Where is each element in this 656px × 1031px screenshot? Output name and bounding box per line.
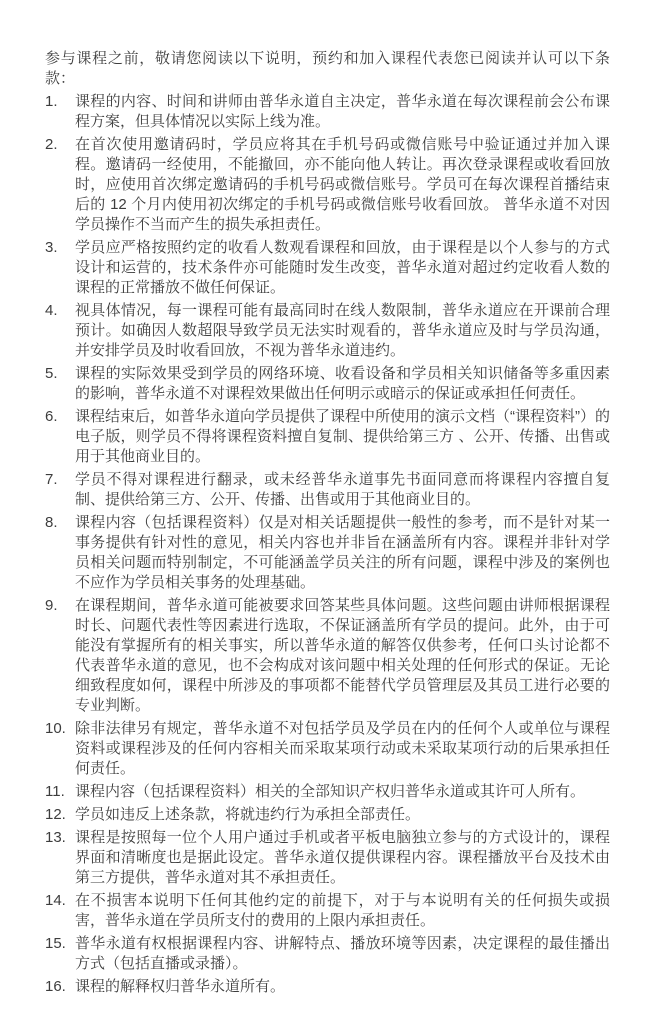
term-number: 10. [45, 719, 75, 739]
term-text: 课程结束后，如普华永道向学员提供了课程中所使用的演示文档（“课程资料”）的电子版… [75, 407, 610, 467]
term-number: 1. [45, 92, 75, 112]
term-text: 课程内容（包括课程资料）仅是对相关话题提供一般性的参考，而不是针对某一事务提供有… [75, 513, 610, 593]
term-item-15: 15. 普华永道有权根据课程内容、讲解特点、播放环境等因素，决定课程的最佳播出方… [45, 934, 610, 974]
term-text: 课程内容（包括课程资料）相关的全部知识产权归普华永道或其许可人所有。 [75, 782, 610, 802]
term-number: 9. [45, 596, 75, 616]
term-item-11: 11. 课程内容（包括课程资料）相关的全部知识产权归普华永道或其许可人所有。 [45, 782, 610, 802]
term-text: 除非法律另有规定，普华永道不对包括学员及学员在内的任何个人或单位与课程资料或课程… [75, 719, 610, 779]
term-text: 视具体情况，每一课程可能有最高同时在线人数限制，普华永道应在开课前合理预计。如确… [75, 301, 610, 361]
term-number: 2. [45, 135, 75, 155]
course-terms-page: 参与课程之前，敬请您阅读以下说明，预约和加入课程代表您已阅读并认可以下条款： 1… [0, 0, 656, 1031]
term-number: 3. [45, 238, 75, 258]
term-item-2: 2. 在首次使用邀请码时，学员应将其在手机号码或微信账号中验证通过并加入课程。邀… [45, 135, 610, 235]
term-number: 6. [45, 407, 75, 427]
term-item-12: 12. 学员如违反上述条款，将就违约行为承担全部责任。 [45, 805, 610, 825]
term-item-3: 3. 学员应严格按照约定的收看人数观看课程和回放，由于课程是以个人参与的方式设计… [45, 238, 610, 298]
term-item-7: 7. 学员不得对课程进行翻录，或未经普华永道事先书面同意而将课程内容擅自复制、提… [45, 470, 610, 510]
term-text: 在首次使用邀请码时，学员应将其在手机号码或微信账号中验证通过并加入课程。邀请码一… [75, 135, 610, 235]
term-item-9: 9. 在课程期间，普华永道可能被要求回答某些具体问题。这些问题由讲师根据课程时长… [45, 596, 610, 716]
term-number: 13. [45, 828, 75, 848]
term-number: 12. [45, 805, 75, 825]
term-text: 普华永道有权根据课程内容、讲解特点、播放环境等因素，决定课程的最佳播出方式（包括… [75, 934, 610, 974]
term-text: 学员不得对课程进行翻录，或未经普华永道事先书面同意而将课程内容擅自复制、提供给第… [75, 470, 610, 510]
term-item-6: 6. 课程结束后，如普华永道向学员提供了课程中所使用的演示文档（“课程资料”）的… [45, 407, 610, 467]
term-number: 7. [45, 470, 75, 490]
term-item-5: 5. 课程的实际效果受到学员的网络环境、收看设备和学员相关知识储备等多重因素的影… [45, 364, 610, 404]
term-item-10: 10. 除非法律另有规定，普华永道不对包括学员及学员在内的任何个人或单位与课程资… [45, 719, 610, 779]
term-text: 课程的实际效果受到学员的网络环境、收看设备和学员相关知识储备等多重因素的影响，普… [75, 364, 610, 404]
term-text: 在不损害本说明下任何其他约定的前提下，对于与本说明有关的任何损失或损害，普华永道… [75, 891, 610, 931]
term-number: 11. [45, 782, 75, 802]
term-number: 16. [45, 977, 75, 997]
term-number: 5. [45, 364, 75, 384]
term-text: 课程的内容、时间和讲师由普华永道自主决定，普华永道在每次课程前会公布课程方案，但… [75, 92, 610, 132]
term-number: 14. [45, 891, 75, 911]
intro-paragraph: 参与课程之前，敬请您阅读以下说明，预约和加入课程代表您已阅读并认可以下条款： [45, 49, 610, 89]
term-text: 课程的解释权归普华永道所有。 [75, 977, 610, 997]
term-item-14: 14. 在不损害本说明下任何其他约定的前提下，对于与本说明有关的任何损失或损害，… [45, 891, 610, 931]
term-text: 学员应严格按照约定的收看人数观看课程和回放，由于课程是以个人参与的方式设计和运营… [75, 238, 610, 298]
term-text: 学员如违反上述条款，将就违约行为承担全部责任。 [75, 805, 610, 825]
term-item-16: 16. 课程的解释权归普华永道所有。 [45, 977, 610, 997]
term-item-8: 8. 课程内容（包括课程资料）仅是对相关话题提供一般性的参考，而不是针对某一事务… [45, 513, 610, 593]
term-item-4: 4. 视具体情况，每一课程可能有最高同时在线人数限制，普华永道应在开课前合理预计… [45, 301, 610, 361]
term-item-1: 1. 课程的内容、时间和讲师由普华永道自主决定，普华永道在每次课程前会公布课程方… [45, 92, 610, 132]
term-number: 8. [45, 513, 75, 533]
term-number: 4. [45, 301, 75, 321]
term-text: 在课程期间，普华永道可能被要求回答某些具体问题。这些问题由讲师根据课程时长、问题… [75, 596, 610, 716]
term-item-13: 13. 课程是按照每一位个人用户通过手机或者平板电脑独立参与的方式设计的，课程界… [45, 828, 610, 888]
term-text: 课程是按照每一位个人用户通过手机或者平板电脑独立参与的方式设计的，课程界面和清晰… [75, 828, 610, 888]
term-number: 15. [45, 934, 75, 954]
